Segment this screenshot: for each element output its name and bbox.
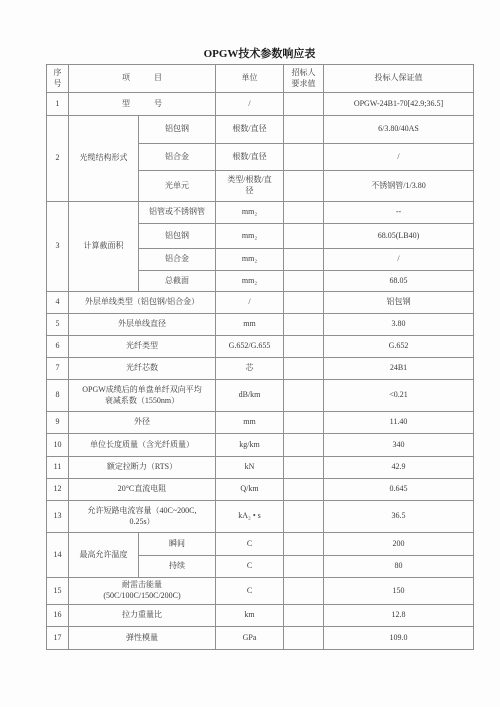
unit-cell: mm₂ xyxy=(216,224,284,249)
row-15: 15 耐雷击能量 (50C/100C/150C/200C) C 150 xyxy=(47,578,474,605)
group-cell: 最高允许温度 xyxy=(69,533,139,578)
header-required: 招标人 要求值 xyxy=(284,65,324,93)
header-row: 序 号 项 目 单位 招标人 要求值 投标人保证值 xyxy=(47,65,474,93)
row-1: 1 型 号 / OPGW-24B1-70[42.9;36.5] xyxy=(47,93,474,116)
required-cell xyxy=(284,412,324,434)
seq-cell: 7 xyxy=(47,358,69,380)
item-cell: 铝合金 xyxy=(139,144,216,171)
guaranteed-cell: -- xyxy=(324,202,474,224)
row-16: 16 拉力重量比 km 12.8 xyxy=(47,605,474,627)
item-cell: 外层单线类型（铝包钢/铝合金） xyxy=(69,292,216,314)
unit-cell: kN xyxy=(216,457,284,479)
required-cell xyxy=(284,501,324,533)
required-cell xyxy=(284,292,324,314)
guaranteed-cell: 不锈钢管/1/3.80 xyxy=(324,171,474,202)
row-7: 7 光纤芯数 芯 24B1 xyxy=(47,358,474,380)
unit-cell: C xyxy=(216,578,284,605)
item-cell: 单位长度质量（含光纤质量） xyxy=(69,434,216,457)
unit-cell: mm₂ xyxy=(216,202,284,224)
header-unit: 单位 xyxy=(216,65,284,93)
row-8: 8 OPGW成缆后的单盘单纤双向平均 衰减系数（1550nm） dB/km <0… xyxy=(47,380,474,412)
item-cell: 持续 xyxy=(139,556,216,578)
header-guaranteed: 投标人保证值 xyxy=(324,65,474,93)
required-cell xyxy=(284,336,324,358)
guaranteed-cell: 36.5 xyxy=(324,501,474,533)
page-title: OPGW技术参数响应表 xyxy=(46,0,473,61)
unit-cell: 根数/直径 xyxy=(216,144,284,171)
guaranteed-cell: 80 xyxy=(324,556,474,578)
unit-cell: 根数/直径 xyxy=(216,116,284,144)
item-cell: 额定拉断力（RTS） xyxy=(69,457,216,479)
row-13: 13 允许短路电流容量（40C~200C, 0.25s） kA₂ • s 36.… xyxy=(47,501,474,533)
group-cell: 光缆结构形式 xyxy=(69,116,139,202)
required-cell xyxy=(284,249,324,271)
seq-cell: 14 xyxy=(47,533,69,578)
row-14a: 14 最高允许温度 瞬间 C 200 xyxy=(47,533,474,556)
row-5: 5 外层单线直径 mm 3.80 xyxy=(47,314,474,336)
seq-cell: 17 xyxy=(47,627,69,650)
seq-cell: 2 xyxy=(47,116,69,202)
required-cell xyxy=(284,556,324,578)
item-cell: 铝管或不锈钢管 xyxy=(139,202,216,224)
item-cell: 外层单线直径 xyxy=(69,314,216,336)
required-cell xyxy=(284,358,324,380)
unit-cell: dB/km xyxy=(216,380,284,412)
row-3a: 3 计算截面积 铝管或不锈钢管 mm₂ -- xyxy=(47,202,474,224)
required-cell xyxy=(284,627,324,650)
guaranteed-cell: 68.05(LB40) xyxy=(324,224,474,249)
unit-cell: mm₂ xyxy=(216,271,284,292)
guaranteed-cell: 200 xyxy=(324,533,474,556)
row-6: 6 光纤类型 G.652/G.655 G.652 xyxy=(47,336,474,358)
required-cell xyxy=(284,202,324,224)
row-9: 9 外径 mm 11.40 xyxy=(47,412,474,434)
guaranteed-cell: OPGW-24B1-70[42.9;36.5] xyxy=(324,93,474,116)
header-item: 项 目 xyxy=(69,65,216,93)
seq-cell: 10 xyxy=(47,434,69,457)
item-cell: 弹性模量 xyxy=(69,627,216,650)
required-cell xyxy=(284,93,324,116)
required-cell xyxy=(284,380,324,412)
item-cell: 外径 xyxy=(69,412,216,434)
item-cell: 光单元 xyxy=(139,171,216,202)
guaranteed-cell: 150 xyxy=(324,578,474,605)
unit-cell: mm₂ xyxy=(216,249,284,271)
seq-cell: 11 xyxy=(47,457,69,479)
required-cell xyxy=(284,144,324,171)
required-cell xyxy=(284,457,324,479)
seq-cell: 4 xyxy=(47,292,69,314)
unit-cell: mm xyxy=(216,412,284,434)
required-cell xyxy=(284,605,324,627)
row-17: 17 弹性模量 GPa 109.0 xyxy=(47,627,474,650)
item-cell: OPGW成缆后的单盘单纤双向平均 衰减系数（1550nm） xyxy=(69,380,216,412)
guaranteed-cell: 3.80 xyxy=(324,314,474,336)
unit-cell: 芯 xyxy=(216,358,284,380)
guaranteed-cell: 0.645 xyxy=(324,479,474,501)
group-cell: 计算截面积 xyxy=(69,202,139,292)
guaranteed-cell: 68.05 xyxy=(324,271,474,292)
required-cell xyxy=(284,116,324,144)
required-cell xyxy=(284,224,324,249)
required-cell xyxy=(284,578,324,605)
unit-cell: GPa xyxy=(216,627,284,650)
unit-cell: mm xyxy=(216,314,284,336)
guaranteed-cell: 12.8 xyxy=(324,605,474,627)
seq-cell: 13 xyxy=(47,501,69,533)
seq-cell: 15 xyxy=(47,578,69,605)
item-cell: 瞬间 xyxy=(139,533,216,556)
unit-cell: Q/km xyxy=(216,479,284,501)
row-12: 12 20°C直流电阻 Q/km 0.645 xyxy=(47,479,474,501)
guaranteed-cell: / xyxy=(324,144,474,171)
guaranteed-cell: G.652 xyxy=(324,336,474,358)
guaranteed-cell: 42.9 xyxy=(324,457,474,479)
row-11: 11 额定拉断力（RTS） kN 42.9 xyxy=(47,457,474,479)
unit-cell: G.652/G.655 xyxy=(216,336,284,358)
item-cell: 光纤芯数 xyxy=(69,358,216,380)
required-cell xyxy=(284,533,324,556)
item-cell: 铝合金 xyxy=(139,249,216,271)
guaranteed-cell: <0.21 xyxy=(324,380,474,412)
unit-cell: / xyxy=(216,292,284,314)
required-cell xyxy=(284,271,324,292)
unit-cell: kA₂ • s xyxy=(216,501,284,533)
unit-cell: C xyxy=(216,533,284,556)
required-cell xyxy=(284,314,324,336)
guaranteed-cell: 6/3.80/40AS xyxy=(324,116,474,144)
guaranteed-cell: 340 xyxy=(324,434,474,457)
header-no: 序 号 xyxy=(47,65,69,93)
unit-cell: kg/km xyxy=(216,434,284,457)
document-page: OPGW技术参数响应表 序 号 项 目 单位 招标人 要求值 投标人保证值 1 … xyxy=(0,0,500,707)
row-4: 4 外层单线类型（铝包钢/铝合金） / 铝包钢 xyxy=(47,292,474,314)
required-cell xyxy=(284,171,324,202)
required-cell xyxy=(284,434,324,457)
guaranteed-cell: 109.0 xyxy=(324,627,474,650)
guaranteed-cell: 24B1 xyxy=(324,358,474,380)
item-cell: 型 号 xyxy=(69,93,216,116)
item-cell: 铝包钢 xyxy=(139,116,216,144)
seq-cell: 3 xyxy=(47,202,69,292)
seq-cell: 9 xyxy=(47,412,69,434)
item-cell: 拉力重量比 xyxy=(69,605,216,627)
seq-cell: 1 xyxy=(47,93,69,116)
item-cell: 20°C直流电阻 xyxy=(69,479,216,501)
unit-cell: 类型/根数/直 径 xyxy=(216,171,284,202)
item-cell: 铝包钢 xyxy=(139,224,216,249)
unit-cell: C xyxy=(216,556,284,578)
unit-cell: km xyxy=(216,605,284,627)
guaranteed-cell: / xyxy=(324,249,474,271)
item-cell: 允许短路电流容量（40C~200C, 0.25s） xyxy=(69,501,216,533)
seq-cell: 8 xyxy=(47,380,69,412)
seq-cell: 16 xyxy=(47,605,69,627)
item-cell: 光纤类型 xyxy=(69,336,216,358)
row-10: 10 单位长度质量（含光纤质量） kg/km 340 xyxy=(47,434,474,457)
guaranteed-cell: 11.40 xyxy=(324,412,474,434)
item-cell: 耐雷击能量 (50C/100C/150C/200C) xyxy=(69,578,216,605)
item-cell: 总截面 xyxy=(139,271,216,292)
unit-cell: / xyxy=(216,93,284,116)
guaranteed-cell: 铝包钢 xyxy=(324,292,474,314)
seq-cell: 5 xyxy=(47,314,69,336)
row-2a: 2 光缆结构形式 铝包钢 根数/直径 6/3.80/40AS xyxy=(47,116,474,144)
seq-cell: 12 xyxy=(47,479,69,501)
required-cell xyxy=(284,479,324,501)
seq-cell: 6 xyxy=(47,336,69,358)
opgw-parameters-table: 序 号 项 目 单位 招标人 要求值 投标人保证值 1 型 号 / OPGW-2… xyxy=(46,64,474,650)
